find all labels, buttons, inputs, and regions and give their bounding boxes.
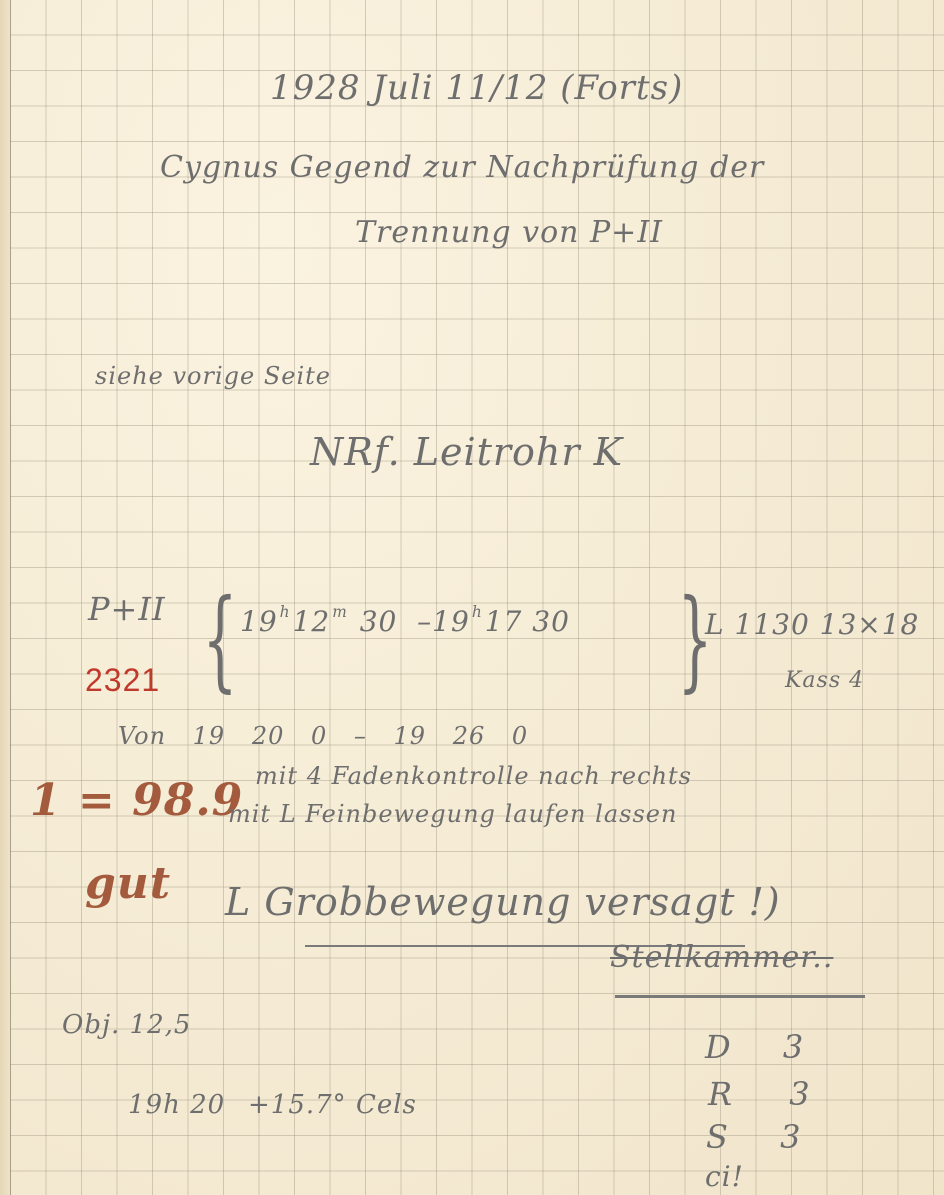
- end-hour: 19: [432, 605, 470, 638]
- minute-mark: m: [332, 603, 348, 621]
- temperature-reading: +15.7° Cels: [248, 1090, 417, 1120]
- rating-value: 3: [780, 1118, 801, 1156]
- instrument-signature: NRf. Leitrohr K: [310, 430, 623, 474]
- start-second: 30: [360, 605, 398, 638]
- rating-value: 3: [789, 1075, 810, 1113]
- second-exposure-time: Von 19 20 0 – 19 26 0: [118, 722, 528, 750]
- objective-note: Obj. 12,5: [62, 1010, 191, 1040]
- rating-symbol: S: [706, 1118, 729, 1156]
- plate-number: 2321: [85, 662, 160, 699]
- end-second: 30: [532, 605, 570, 638]
- exclamation-note: ci!: [705, 1160, 744, 1193]
- exclamation-paren: !): [749, 880, 781, 924]
- page-binding-edge: [0, 0, 10, 1195]
- scale-value: 1 = 98.9: [30, 775, 243, 826]
- left-brace: {: [203, 575, 238, 703]
- cassette-number: Kass 4: [785, 668, 864, 693]
- start-hour: 19: [240, 605, 278, 638]
- plate-info: L 1130 13×18: [705, 608, 919, 641]
- header-separation-line: Trennung von P+II: [355, 215, 663, 250]
- end-minute: 17: [485, 605, 523, 638]
- underline-stroke: [615, 995, 865, 998]
- header-date-line: 1928 Juli 11/12 (Forts): [270, 68, 683, 108]
- start-minute: 12: [293, 605, 331, 638]
- struck-clamp-note: Stellkammer..: [610, 940, 833, 975]
- header-subject-line: Cygnus Gegend zur Nachprüfung der: [160, 150, 764, 185]
- note-thread-control: mit 4 Fadenkontrolle nach rechts: [255, 762, 692, 790]
- hour-mark: h: [280, 603, 291, 621]
- note-fine-motion: mit L Feinbewegung laufen lassen: [228, 800, 677, 828]
- rating-s: S 3: [706, 1118, 801, 1156]
- exposure-label: P+II: [88, 590, 166, 628]
- note-coarse-motion-failed: L Grobbewegung versagt !): [225, 880, 781, 924]
- rating-symbol: R: [708, 1075, 733, 1113]
- hour-mark: h: [472, 603, 483, 621]
- notebook-page: 1928 Juli 11/12 (Forts) Cygnus Gegend zu…: [0, 0, 944, 1195]
- coarse-motion-text: L Grobbewegung versagt: [225, 880, 735, 924]
- quality-rating: gut: [85, 858, 171, 909]
- margin-line: [10, 0, 11, 1195]
- exposure-time-range: 19h12m 30 –19h17 30: [240, 605, 570, 638]
- temperature-time: 19h 20: [128, 1090, 225, 1120]
- rating-symbol: D: [705, 1028, 732, 1066]
- rating-value: 3: [783, 1028, 804, 1066]
- rating-d: D 3: [705, 1028, 804, 1066]
- see-previous-page-note: siehe vorige Seite: [95, 362, 331, 390]
- rating-r: R 3: [708, 1075, 811, 1113]
